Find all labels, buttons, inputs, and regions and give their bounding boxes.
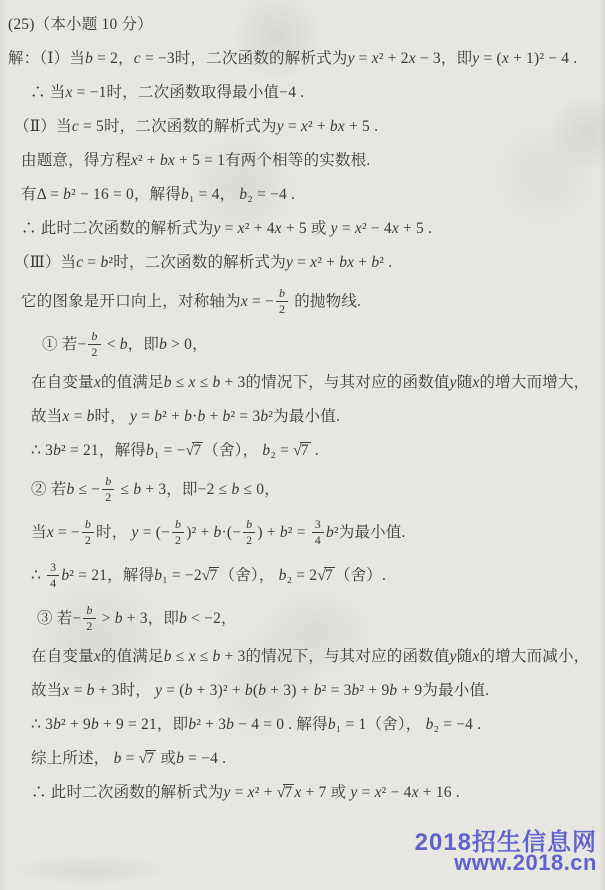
- math-variable: c: [76, 254, 83, 271]
- math-variable: b: [146, 442, 154, 459]
- math-variable: b: [179, 610, 187, 627]
- math-variable: b: [114, 750, 122, 767]
- math-variable: bx: [160, 152, 175, 169]
- math-variable: y: [331, 220, 338, 237]
- fraction: b2: [243, 517, 255, 548]
- math-variable: b: [85, 517, 91, 531]
- math-variable: b: [91, 329, 97, 343]
- math-variable: x: [47, 524, 54, 541]
- math-variable: x: [189, 648, 196, 665]
- math-variable: b: [258, 682, 266, 699]
- solution-line: ③ 若−b2 > b + 3，即b < −2，: [0, 597, 605, 640]
- solution-line: 故当x = b + 3时， y = (b + 3)² + b(b + 3) + …: [0, 674, 605, 708]
- math-variable: x: [62, 682, 69, 699]
- math-variable: b: [426, 716, 434, 733]
- math-variable: b: [226, 716, 234, 733]
- square-root: √7: [317, 567, 335, 584]
- solution-text-block: (25)（本小题 10 分） 解：（Ⅰ）当b = 2，c = −3时，二次函数的…: [0, 8, 605, 810]
- math-variable: x: [502, 50, 509, 67]
- math-variable: y: [277, 118, 284, 135]
- math-variable: y: [286, 254, 293, 271]
- math-variable: y: [223, 784, 230, 801]
- math-variable: b: [389, 682, 397, 699]
- math-variable: x: [241, 293, 248, 310]
- math-variable: y: [450, 374, 457, 391]
- math-variable: b: [223, 408, 231, 425]
- solution-line: ∴ 此时二次函数的解析式为y = x² + √7x + 7 或 y = x² −…: [0, 776, 605, 810]
- math-variable: x: [472, 374, 479, 391]
- square-root: √7: [186, 442, 204, 459]
- math-variable: b: [154, 408, 162, 425]
- math-variable: b: [175, 517, 181, 531]
- math-variable: x: [62, 408, 69, 425]
- math-variable: x: [372, 50, 379, 67]
- math-variable: b: [87, 408, 95, 425]
- math-variable: b: [115, 610, 123, 627]
- math-variable: b: [53, 442, 61, 459]
- solution-line: 由题意，得方程x² + bx + 5 = 1有两个相等的实数根.: [0, 144, 605, 178]
- math-variable: b: [314, 682, 322, 699]
- solution-line: 在自变量x的值满足b ≤ x ≤ b + 3的情况下，与其对应的函数值y随x的增…: [0, 640, 605, 674]
- math-variable: b: [185, 682, 193, 699]
- math-variable: b: [197, 408, 205, 425]
- math-variable: y: [132, 524, 139, 541]
- solution-line: 故当x = b时， y = b² + b·b + b² = 3b²为最小值.: [0, 400, 605, 434]
- math-variable: x: [275, 220, 282, 237]
- math-variable: x: [189, 374, 196, 391]
- fraction: b2: [172, 517, 184, 548]
- solution-line: 当x = −b2时， y = (−b2)² + b·(−b2) + b² = 3…: [0, 511, 605, 554]
- math-variable: x: [131, 152, 138, 169]
- math-variable: x: [94, 374, 101, 391]
- solution-line: ∴ 3b² = 21，解得b₁ = −√7（舍）， b₂ = √7 .: [0, 434, 605, 468]
- math-variable: b: [279, 286, 285, 300]
- solution-line: 它的图象是开口向上，对称轴为x = −b2 的抛物线.: [0, 280, 605, 323]
- solution-line: ① 若−b2 < b，即b > 0，: [0, 323, 605, 366]
- math-variable: b: [352, 682, 360, 699]
- solution-line: 在自变量x的值满足b ≤ x ≤ b + 3的情况下，与其对应的函数值y随x的增…: [0, 366, 605, 400]
- math-variable: b: [53, 716, 61, 733]
- math-variable: c: [134, 50, 141, 67]
- math-variable: y: [450, 648, 457, 665]
- math-variable: b: [164, 648, 172, 665]
- math-variable: c: [72, 118, 79, 135]
- math-variable: y: [350, 784, 357, 801]
- solution-line: 综上所述， b = √7 或b = −4 .: [0, 742, 605, 776]
- math-variable: b: [246, 517, 252, 531]
- math-variable: b: [326, 524, 334, 541]
- math-variable: x: [310, 254, 317, 271]
- math-variable: b: [188, 716, 196, 733]
- scan-smudge: [10, 855, 170, 885]
- math-variable: y: [348, 50, 355, 67]
- math-variable: b: [91, 716, 99, 733]
- math-variable: b: [86, 603, 92, 617]
- math-variable: b: [159, 336, 167, 353]
- math-variable: y: [213, 220, 220, 237]
- square-root: √7: [277, 784, 295, 801]
- solution-line: 有Δ = b² − 16 = 0，解得b₁ = 4， b₂ = −4 .: [0, 178, 605, 212]
- scanned-paper-background: (25)（本小题 10 分） 解：（Ⅰ）当b = 2，c = −3时，二次函数的…: [0, 0, 605, 890]
- math-variable: x: [301, 118, 308, 135]
- math-variable: b: [231, 481, 239, 498]
- math-variable: x: [238, 220, 245, 237]
- math-variable: y: [130, 408, 137, 425]
- math-variable: b: [212, 374, 220, 391]
- solution-line: （Ⅱ）当c = 5时，二次函数的解析式为y = x² + bx + 5 .: [0, 110, 605, 144]
- math-variable: x: [412, 784, 419, 801]
- math-variable: b: [279, 567, 287, 584]
- math-variable: x: [375, 784, 382, 801]
- math-variable: b: [120, 336, 128, 353]
- math-variable: b: [212, 648, 220, 665]
- fraction: b2: [102, 474, 114, 505]
- math-variable: x: [355, 220, 362, 237]
- math-variable: b: [328, 716, 336, 733]
- math-variable: b: [105, 474, 111, 488]
- solution-line: ∴ 此时二次函数的解析式为y = x² + 4x + 5 或 y = x² − …: [0, 212, 605, 246]
- math-variable: b: [280, 524, 288, 541]
- solution-line: （Ⅲ）当c = b²时，二次函数的解析式为y = x² + bx + b² .: [0, 246, 605, 280]
- math-variable: x: [248, 784, 255, 801]
- square-root: √7: [202, 567, 220, 584]
- solution-line: ② 若b ≤ −b2 ≤ b + 3，即−2 ≤ b ≤ 0，: [0, 468, 605, 511]
- fraction: 34: [47, 560, 59, 591]
- math-variable: b: [66, 481, 74, 498]
- math-variable: b: [214, 524, 222, 541]
- math-variable: x: [94, 648, 101, 665]
- solution-line: ∴ 3b² + 9b + 9 = 21，即b² + 3b − 4 = 0 . 解…: [0, 708, 605, 742]
- math-variable: bx: [330, 118, 345, 135]
- math-variable: x: [65, 84, 72, 101]
- fraction: b2: [82, 517, 94, 548]
- math-variable: bx: [339, 254, 354, 271]
- solution-line: ∴ 34b² = 21，解得b₁ = −2√7（舍）， b₂ = 2√7（舍）.: [0, 554, 605, 597]
- math-variable: y: [472, 50, 479, 67]
- fraction: 34: [312, 517, 324, 548]
- math-variable: b: [133, 481, 141, 498]
- fraction: b2: [276, 286, 288, 317]
- watermark-site-url: www.2018.cn: [454, 850, 597, 876]
- math-variable: x: [294, 784, 301, 801]
- math-variable: b: [371, 254, 379, 271]
- math-variable: b: [181, 186, 189, 203]
- math-variable: b: [176, 750, 184, 767]
- math-variable: b: [85, 50, 93, 67]
- math-variable: b: [100, 254, 108, 271]
- math-variable: x: [409, 50, 416, 67]
- fraction: b2: [83, 603, 95, 634]
- problem-header: (25)（本小题 10 分）: [0, 8, 605, 42]
- square-root: √7: [139, 750, 157, 767]
- math-variable: b: [164, 374, 172, 391]
- math-variable: b: [262, 442, 270, 459]
- solution-line: 解：（Ⅰ）当b = 2，c = −3时，二次函数的解析式为y = x² + 2x…: [0, 42, 605, 76]
- math-variable: b: [61, 567, 69, 584]
- square-root: √7: [293, 442, 311, 459]
- math-variable: b: [87, 682, 95, 699]
- math-variable: b: [63, 186, 71, 203]
- math-variable: x: [472, 648, 479, 665]
- math-variable: b: [154, 567, 162, 584]
- math-variable: b: [184, 408, 192, 425]
- math-variable: b: [245, 682, 253, 699]
- math-variable: b: [260, 408, 268, 425]
- math-variable: y: [155, 682, 162, 699]
- math-variable: x: [392, 220, 399, 237]
- math-variable: b: [239, 186, 247, 203]
- solution-line: ∴ 当x = −1时，二次函数取得最小值−4 .: [0, 76, 605, 110]
- fraction: b2: [88, 329, 100, 360]
